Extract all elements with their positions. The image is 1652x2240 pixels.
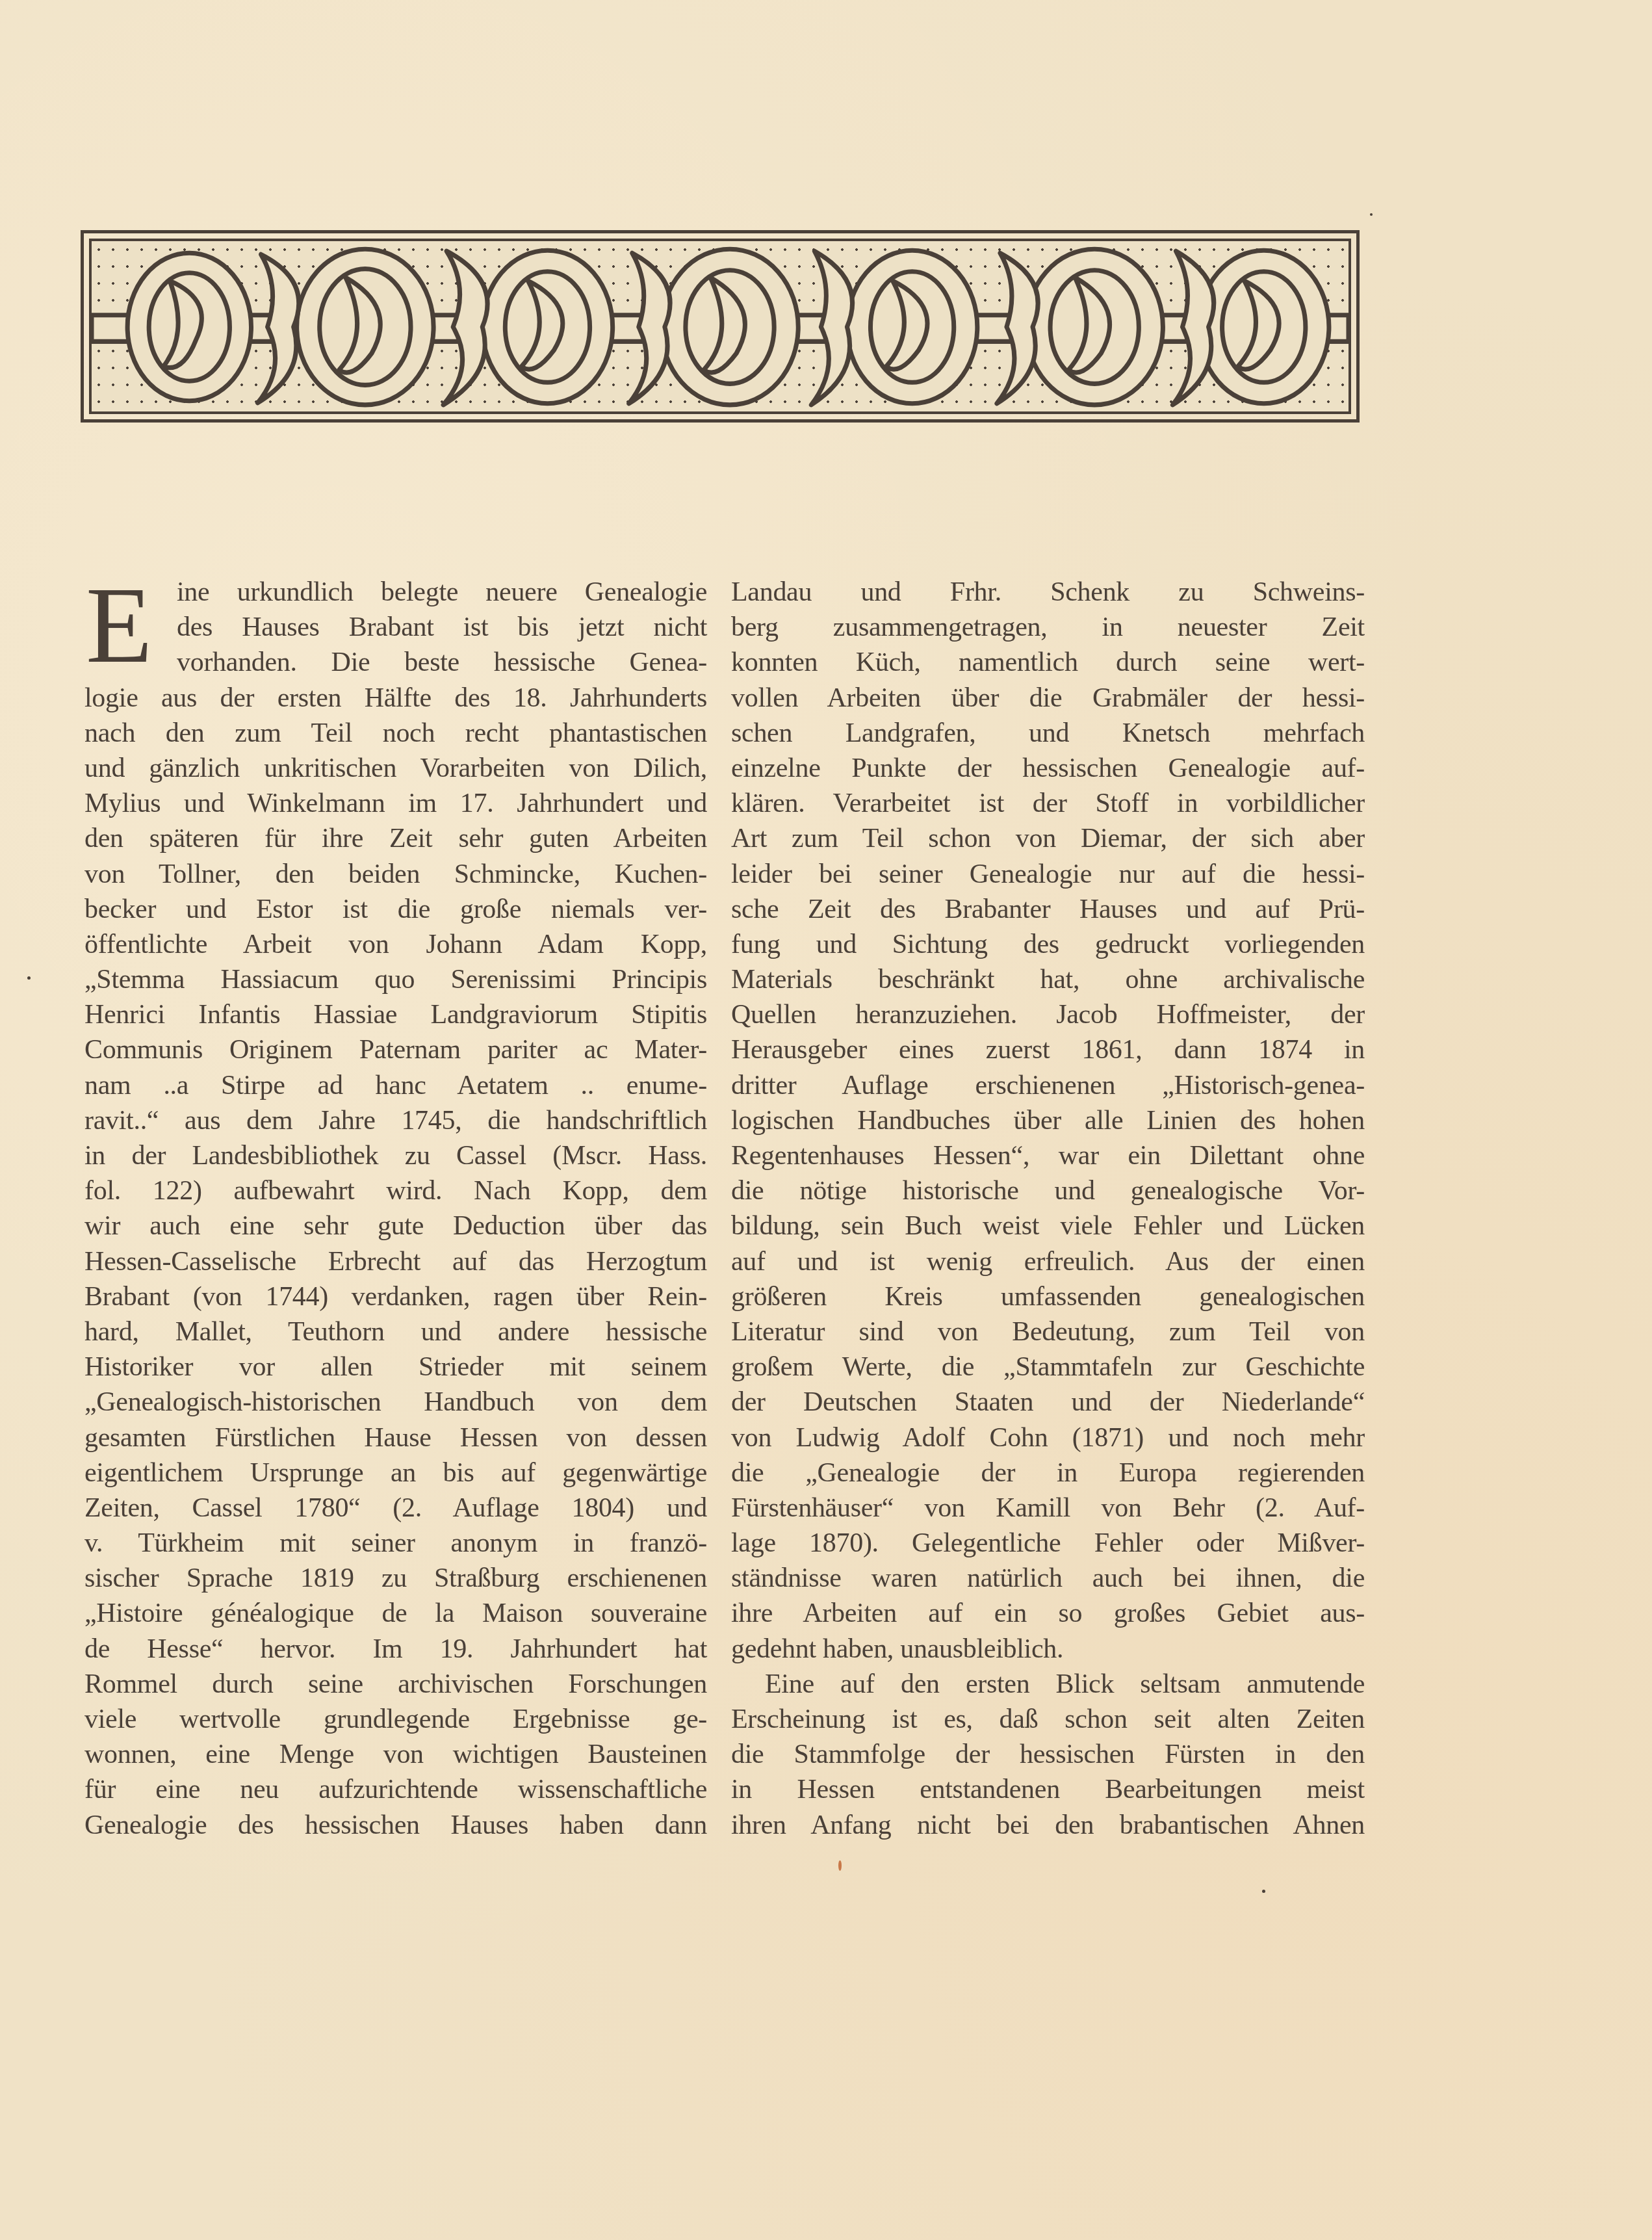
text-line: viele wertvolle grundlegende Ergebnisse … xyxy=(84,1702,707,1737)
text-line: fol. 122) aufbewahrt wird. Nach Kopp, de… xyxy=(84,1173,707,1208)
text-line: in der Landesbibliothek zu Cassel (Mscr.… xyxy=(84,1138,707,1173)
text-line: Mylius und Winkelmann im 17. Jahrhundert… xyxy=(84,786,707,821)
text-line: Regentenhauses Hessen“, war ein Dilettan… xyxy=(731,1138,1365,1173)
text-line: eigentlichem Ursprunge an bis auf gegenw… xyxy=(84,1455,707,1491)
text-line: Brabant (von 1744) verdanken, ragen über… xyxy=(84,1279,707,1314)
text-line: konnten Küch, namentlich durch seine wer… xyxy=(731,645,1365,680)
paper-speck xyxy=(27,976,31,980)
acanthus-vine-icon xyxy=(92,241,1349,411)
text-line: Hessen-Casselische Erbrecht auf das Herz… xyxy=(84,1244,707,1279)
text-line: logie aus der ersten Hälfte des 18. Jahr… xyxy=(84,681,707,716)
text-line: sche Zeit des Brabanter Hauses und auf P… xyxy=(731,892,1365,927)
text-line: einzelne Punkte der hessischen Genealogi… xyxy=(731,751,1365,786)
text-column-left: ine urkundlich belegte neuere Genealogie… xyxy=(84,575,707,1843)
text-line: größeren Kreis umfassenden genealogische… xyxy=(731,1279,1365,1314)
text-line: Art zum Teil schon von Diemar, der sich … xyxy=(731,821,1365,856)
text-line: de Hesse“ hervor. Im 19. Jahrhundert hat xyxy=(84,1632,707,1667)
text-line: Herausgeber eines zuerst 1861, dann 1874… xyxy=(731,1032,1365,1067)
text-line: auf und ist wenig erfreulich. Aus der ei… xyxy=(731,1244,1365,1279)
text-line: Landau und Frhr. Schenk zu Schweins- xyxy=(731,575,1365,610)
text-line: die nötige historische und genealogische… xyxy=(731,1173,1365,1208)
text-line: klären. Verarbeitet ist der Stoff in vor… xyxy=(731,786,1365,821)
text-line: ständnisse waren natürlich auch bei ihne… xyxy=(731,1561,1365,1596)
text-line: öffentlichte Arbeit von Johann Adam Kopp… xyxy=(84,927,707,962)
text-line: Historiker vor allen Strieder mit seinem xyxy=(84,1349,707,1385)
text-line: leider bei seiner Genealogie nur auf die… xyxy=(731,857,1365,892)
text-line: ihren Anfang nicht bei den brabantischen… xyxy=(731,1808,1365,1843)
text-line: und gänzlich unkritischen Vorarbeiten vo… xyxy=(84,751,707,786)
text-line: des Hauses Brabant ist bis jetzt nicht xyxy=(84,610,707,645)
text-line: nam ..a Stirpe ad hanc Aetatem .. enume- xyxy=(84,1068,707,1103)
paper-speck xyxy=(1370,213,1373,216)
text-line: wonnen, eine Menge von wichtigen Baustei… xyxy=(84,1737,707,1772)
text-line: ravit..“ aus dem Jahre 1745, die handsch… xyxy=(84,1103,707,1138)
text-line: Zeiten, Cassel 1780“ (2. Auflage 1804) u… xyxy=(84,1491,707,1526)
text-line: dritter Auflage erschienenen „Historisch… xyxy=(731,1068,1365,1103)
text-line: Rommel durch seine archivischen Forschun… xyxy=(84,1667,707,1702)
text-line: ine urkundlich belegte neuere Genealogie xyxy=(84,575,707,610)
text-line: fung und Sichtung des gedruckt vorliegen… xyxy=(731,927,1365,962)
text-line: Materials beschränkt hat, ohne archivali… xyxy=(731,962,1365,997)
text-line: vorhanden. Die beste hessische Genea- xyxy=(84,645,707,680)
text-line: von Ludwig Adolf Cohn (1871) und noch me… xyxy=(731,1420,1365,1455)
text-line: bildung, sein Buch weist viele Fehler un… xyxy=(731,1208,1365,1244)
text-line: von Tollner, den beiden Schmincke, Kuche… xyxy=(84,857,707,892)
text-line: Fürstenhäuser“ von Kamill von Behr (2. A… xyxy=(731,1491,1365,1526)
text-line: die „Genealogie der in Europa regierende… xyxy=(731,1455,1365,1491)
text-line: hard, Mallet, Teuthorn und andere hessis… xyxy=(84,1314,707,1349)
text-line: schen Landgrafen, und Knetsch mehrfach xyxy=(731,716,1365,751)
text-line: Quellen heranzuziehen. Jacob Hoffmeister… xyxy=(731,997,1365,1032)
text-line: Communis Originem Paternam pariter ac Ma… xyxy=(84,1032,707,1067)
text-line: gedehnt haben, unausbleiblich. xyxy=(731,1632,1365,1667)
text-line: großem Werte, die „Stammtafeln zur Gesch… xyxy=(731,1349,1365,1385)
text-line: ihre Arbeiten auf ein so großes Gebiet a… xyxy=(731,1596,1365,1631)
text-line: vollen Arbeiten über die Grabmäler der h… xyxy=(731,681,1365,716)
text-line: berg zusammengetragen, in neuester Zeit xyxy=(731,610,1365,645)
text-line: v. Türkheim mit seiner anonym in franzö- xyxy=(84,1526,707,1561)
text-line: sischer Sprache 1819 zu Straßburg erschi… xyxy=(84,1561,707,1596)
text-line: Erscheinung ist es, daß schon seit alten… xyxy=(731,1702,1365,1737)
text-line: nach den zum Teil noch recht phantastisc… xyxy=(84,716,707,751)
text-line: lage 1870). Gelegentliche Fehler oder Mi… xyxy=(731,1526,1365,1561)
text-column-right: Landau und Frhr. Schenk zu Schweins-berg… xyxy=(731,575,1365,1843)
text-line: den späteren für ihre Zeit sehr guten Ar… xyxy=(84,821,707,856)
ornamental-header xyxy=(81,230,1360,423)
text-line: für eine neu aufzurichtende wissenschaft… xyxy=(84,1772,707,1807)
text-line: Literatur sind von Bedeutung, zum Teil v… xyxy=(731,1314,1365,1349)
text-line: Eine auf den ersten Blick seltsam anmute… xyxy=(731,1667,1365,1702)
text-line: der Deutschen Staaten und der Niederland… xyxy=(731,1385,1365,1420)
text-line: Genealogie des hessischen Hauses haben d… xyxy=(84,1808,707,1843)
text-line: „Genealogisch-historischen Handbuch von … xyxy=(84,1385,707,1420)
text-line: „Stemma Hassiacum quo Serenissimi Princi… xyxy=(84,962,707,997)
text-line: becker und Estor ist die große niemals v… xyxy=(84,892,707,927)
text-line: in Hessen entstandenen Bearbeitungen mei… xyxy=(731,1772,1365,1807)
ornamental-header-icon xyxy=(89,239,1351,414)
paper-speck xyxy=(838,1860,842,1871)
paper-speck xyxy=(1262,1890,1265,1893)
text-line: gesamten Fürstlichen Hause Hessen von de… xyxy=(84,1420,707,1455)
text-line: wir auch eine sehr gute Deduction über d… xyxy=(84,1208,707,1244)
text-line: „Histoire généalogique de la Maison souv… xyxy=(84,1596,707,1631)
text-line: logischen Handbuches über alle Linien de… xyxy=(731,1103,1365,1138)
text-line: Henrici Infantis Hassiae Landgraviorum S… xyxy=(84,997,707,1032)
text-line: die Stammfolge der hessischen Fürsten in… xyxy=(731,1737,1365,1772)
